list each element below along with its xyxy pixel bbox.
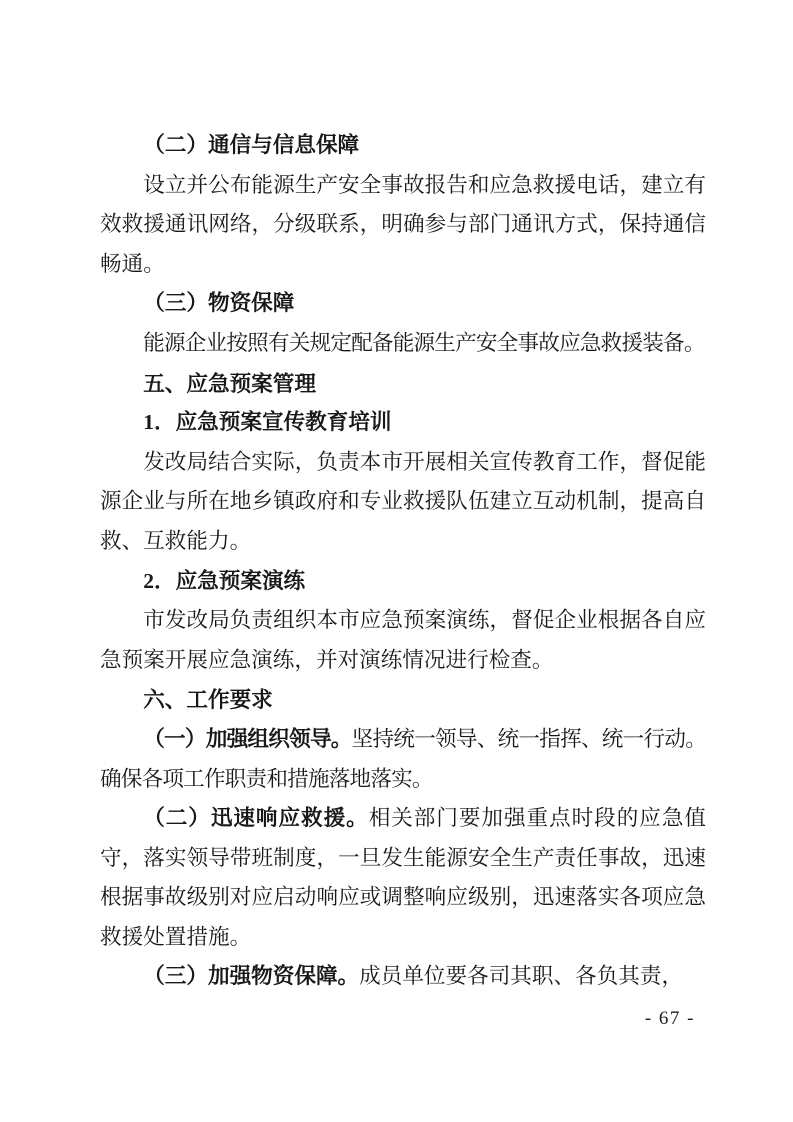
paragraph-text-material-support: 成员单位要各司其职、各负其责，: [359, 964, 683, 988]
body-paragraph-leadership: （一）加强组织领导。坚持统一领导、统一指挥、统一行动。确保各项工作职责和措施落地…: [100, 720, 706, 799]
body-paragraph-drill: 市发改局负责组织本市应急预案演练，督促企业根据各自应急预案开展应急演练，并对演练…: [100, 601, 706, 680]
body-paragraph-rapid-response: （二）迅速响应救援。相关部门要加强重点时段的应急值守，落实领导带班制度，一旦发生…: [100, 799, 706, 957]
paragraph-lead-leadership: （一）加强组织领导。: [143, 727, 351, 751]
body-paragraph-communication: 设立并公布能源生产安全事故报告和应急救援电话，建立有效救援通讯网络，分级联系，明…: [100, 166, 706, 285]
section-heading-plan-management: 五、应急预案管理: [100, 364, 706, 404]
paragraph-lead-material-support: （三）加强物资保障。: [143, 964, 359, 988]
paragraph-lead-rapid-response: （二）迅速响应救援。: [143, 806, 369, 830]
subsection-heading-materials: （三）物资保障: [100, 284, 706, 324]
numbered-heading-education-training: 1．应急预案宣传教育培训: [100, 403, 706, 443]
body-paragraph-education-training: 发改局结合实际，负责本市开展相关宣传教育工作，督促能源企业与所在地乡镇政府和专业…: [100, 443, 706, 562]
numbered-heading-drill: 2．应急预案演练: [100, 562, 706, 602]
section-heading-work-requirements: 六、工作要求: [100, 680, 706, 720]
body-paragraph-materials: 能源企业按照有关规定配备能源生产安全事故应急救援装备。: [100, 324, 706, 364]
page-number: - 67 -: [645, 1004, 695, 1034]
subsection-heading-communication: （二）通信与信息保障: [100, 126, 706, 166]
document-page-body: （二）通信与信息保障 设立并公布能源生产安全事故报告和应急救援电话，建立有效救援…: [100, 126, 706, 997]
body-paragraph-material-support: （三）加强物资保障。成员单位要各司其职、各负其责，: [100, 957, 706, 997]
